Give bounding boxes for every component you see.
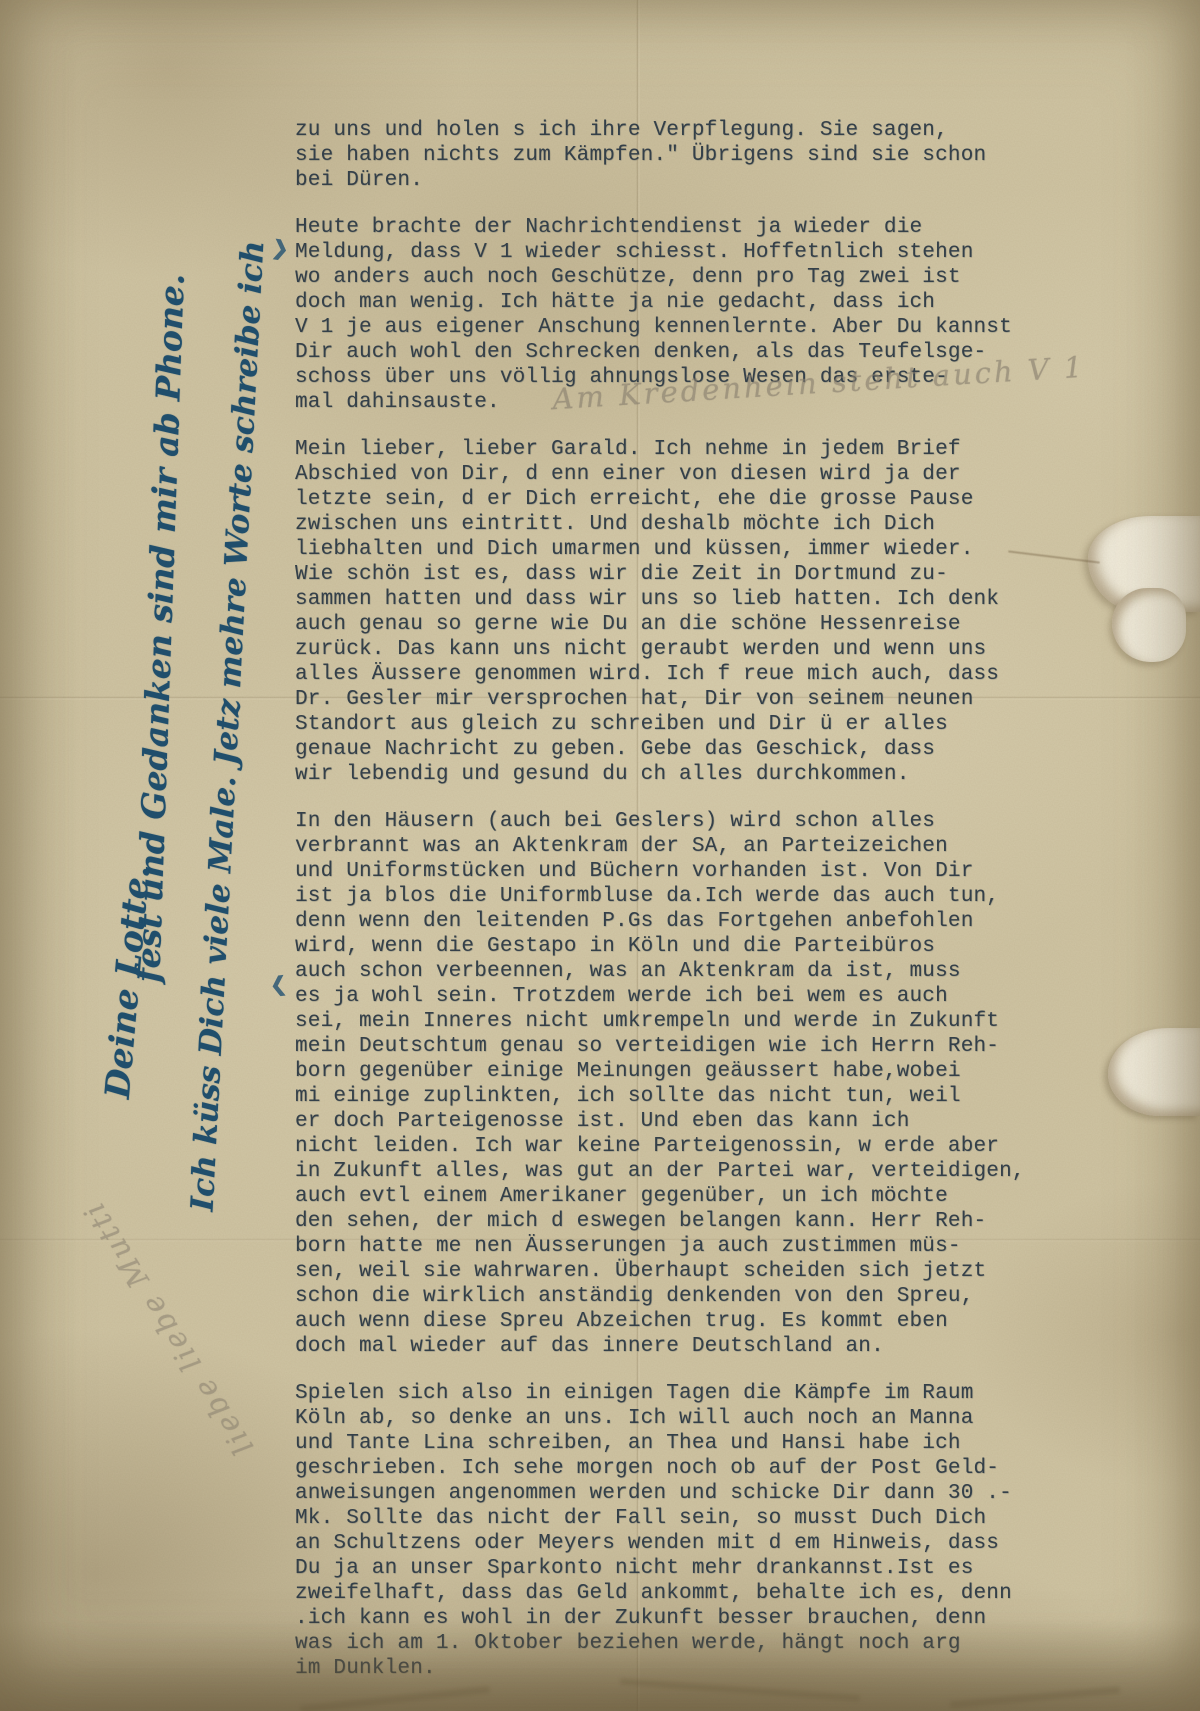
paper-tear-right-lower <box>1108 1028 1200 1116</box>
letter-paragraph-3: Mein lieber, lieber Garald. Ich nehme in… <box>295 437 1105 787</box>
letter-paragraph-4: In den Häusern (auch bei Geslers) wird s… <box>295 809 1105 1359</box>
paper-tear-right-upper-lobe <box>1112 588 1186 662</box>
letter-page: zu uns und holen s ich ihre Verpflegung.… <box>0 0 1200 1711</box>
ink-mark-tick-2: ❮ <box>269 971 288 998</box>
letter-paragraph-5: Spielen sich also in einigen Tagen die K… <box>295 1381 1105 1681</box>
handwritten-margin-line-1: Ich küss Dich viele Male. Jetz mehre Wor… <box>185 240 272 1212</box>
ink-mark-tick-1: ❯ <box>270 235 290 262</box>
letter-paragraph-1: zu uns und holen s ich ihre Verpflegung.… <box>295 118 1105 193</box>
pencil-margin-note: liebe liebe Mutti <box>76 1195 260 1462</box>
